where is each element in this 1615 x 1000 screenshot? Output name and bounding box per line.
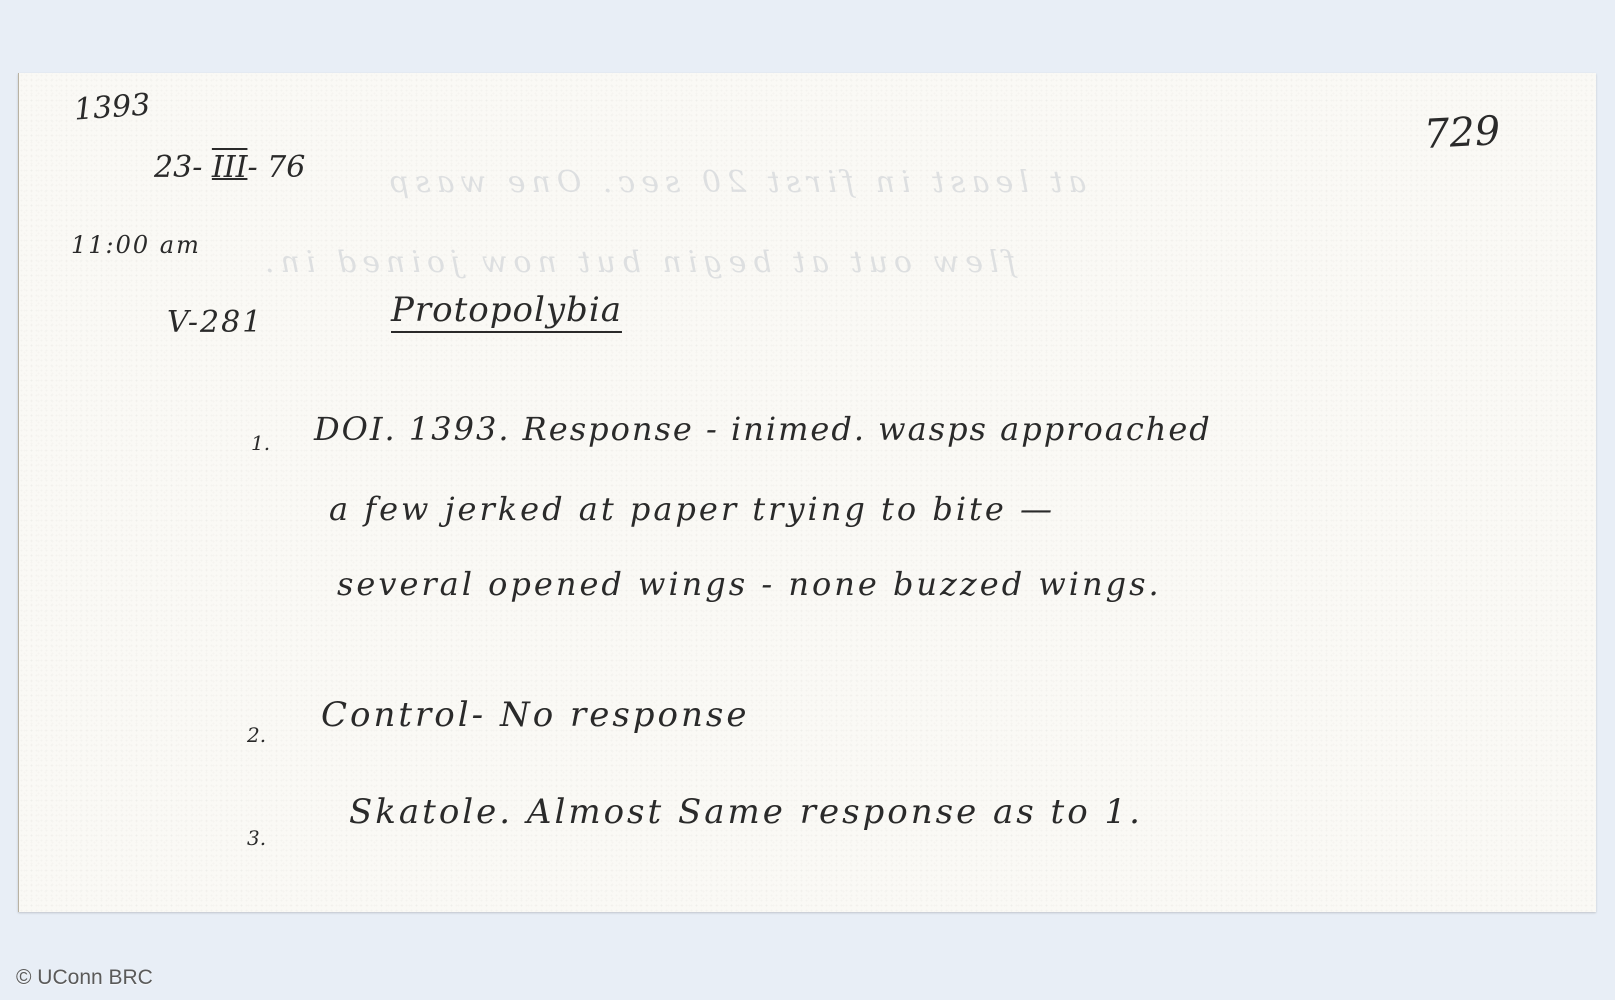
specimen-code: V-281 — [167, 308, 263, 338]
entry-1-number: 1. — [251, 433, 270, 453]
date: 23- III- 76 — [154, 153, 305, 183]
entry-1-line-2: a few jerked at paper trying to bite — — [329, 493, 1055, 525]
time: 11:00 am — [71, 233, 201, 257]
entry-2-number: 2. — [247, 725, 266, 745]
date-year: 76 — [267, 150, 305, 185]
date-separator: - — [247, 150, 267, 185]
date-separator: - — [192, 150, 212, 185]
date-month: III — [212, 150, 248, 185]
entry-2-line-1: Control- No response — [321, 698, 750, 732]
genus-title: Protopolybia — [391, 293, 622, 327]
entry-3-line-1: Skatole. Almost Same response as to 1. — [349, 795, 1143, 829]
accession-number: 1393 — [73, 90, 151, 125]
entry-1-line-3: several opened wings - none buzzed wings… — [337, 568, 1162, 600]
bleed-through-line-2: flew out at begin but now joined in. — [259, 248, 1016, 278]
copyright-watermark: © UConn BRC — [16, 966, 153, 990]
card-number: 729 — [1423, 111, 1501, 155]
bleed-through-line-1: at least in first 20 sec. One wasp — [384, 168, 1086, 198]
date-day: 23 — [154, 150, 192, 185]
entry-1-line-1: DOI. 1393. Response - inimed. wasps appr… — [314, 413, 1212, 445]
entry-3-number: 3. — [247, 828, 266, 848]
index-card: at least in first 20 sec. One wasp flew … — [18, 73, 1596, 912]
